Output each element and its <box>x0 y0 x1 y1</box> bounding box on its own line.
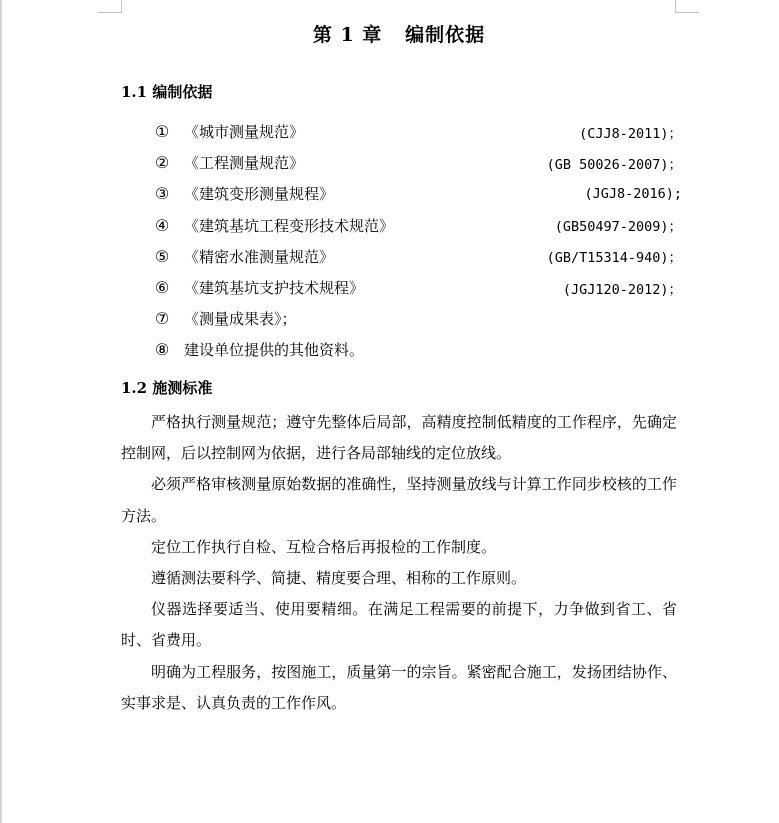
reference-item: ⑧ 建设单位提供的其他资料。 <box>152 334 682 365</box>
reference-item: ⑤ 《精密水准测量规范》 (GB/T15314-940)； <box>152 241 682 272</box>
reference-item: ④ 《建筑基坑工程变形技术规范》 (GB50497-2009)； <box>152 210 682 241</box>
paragraph: 明确为工程服务，按图施工，质量第一的宗旨。紧密配合施工，发扬团结协作、实事求是、… <box>121 657 677 719</box>
circled-number: ⑧ <box>152 340 172 359</box>
circled-number: ② <box>152 153 172 172</box>
circled-number: ④ <box>152 216 172 235</box>
reference-code: (JGJ8-2016); <box>584 186 682 202</box>
paragraph: 遵循测法要科学、简捷、精度要合理、相称的工作原则。 <box>121 563 677 594</box>
reference-item: ① 《城市测量规范》 (CJJ8-2011)； <box>152 116 682 147</box>
crop-mark-top-left <box>98 12 122 13</box>
reference-title: 《测量成果表》； <box>184 308 297 329</box>
reference-code: (GB50497-2009)； <box>555 215 682 235</box>
reference-item: ③ 《建筑变形测量规程》 (JGJ8-2016); <box>152 178 682 209</box>
section-heading-1-1: 1.1 编制依据 <box>121 81 212 102</box>
reference-title: 《建筑基坑支护技术规程》 <box>184 277 364 298</box>
reference-title: 《精密水准测量规范》 <box>184 246 334 267</box>
reference-item: ⑦ 《测量成果表》； <box>152 303 682 334</box>
crop-mark-top-right <box>675 12 699 13</box>
reference-title: 《城市测量规范》 <box>184 121 304 142</box>
section-heading-1-2: 1.2 施测标准 <box>121 377 212 398</box>
section-body: 严格执行测量规范；遵守先整体后局部，高精度控制低精度的工作程序，先确定控制网，后… <box>121 407 677 719</box>
reference-item: ⑥ 《建筑基坑支护技术规程》 (JGJ120-2012)； <box>152 272 682 303</box>
reference-code: (GB 50026-2007)； <box>547 153 682 173</box>
paragraph: 严格执行测量规范；遵守先整体后局部，高精度控制低精度的工作程序，先确定控制网，后… <box>121 407 677 469</box>
reference-title: 《建筑基坑工程变形技术规范》 <box>184 215 394 236</box>
paragraph: 仪器选择要适当、使用要精细。在满足工程需要的前提下，力争做到省工、省时、省费用。 <box>121 594 677 656</box>
circled-number: ⑤ <box>152 247 172 266</box>
reference-code: (CJJ8-2011)； <box>579 122 682 142</box>
reference-title: 《建筑变形测量规程》 <box>184 183 334 204</box>
circled-number: ⑦ <box>152 309 172 328</box>
reference-item: ② 《工程测量规范》 (GB 50026-2007)； <box>152 147 682 178</box>
reference-code: (JGJ120-2012)； <box>563 278 682 298</box>
chapter-title: 第 1 章 编制依据 <box>0 20 779 47</box>
circled-number: ① <box>152 122 172 141</box>
circled-number: ③ <box>152 184 172 203</box>
paragraph: 定位工作执行自检、互检合格后再报检的工作制度。 <box>121 532 677 563</box>
paragraph: 必须严格审核测量原始数据的准确性，坚持测量放线与计算工作同步校核的工作方法。 <box>121 469 677 531</box>
reference-list: ① 《城市测量规范》 (CJJ8-2011)； ② 《工程测量规范》 (GB 5… <box>152 116 682 366</box>
page-left-edge <box>0 0 2 823</box>
reference-code: (GB/T15314-940)； <box>547 246 682 266</box>
reference-title: 《工程测量规范》 <box>184 152 304 173</box>
reference-title: 建设单位提供的其他资料。 <box>184 339 364 360</box>
circled-number: ⑥ <box>152 278 172 297</box>
